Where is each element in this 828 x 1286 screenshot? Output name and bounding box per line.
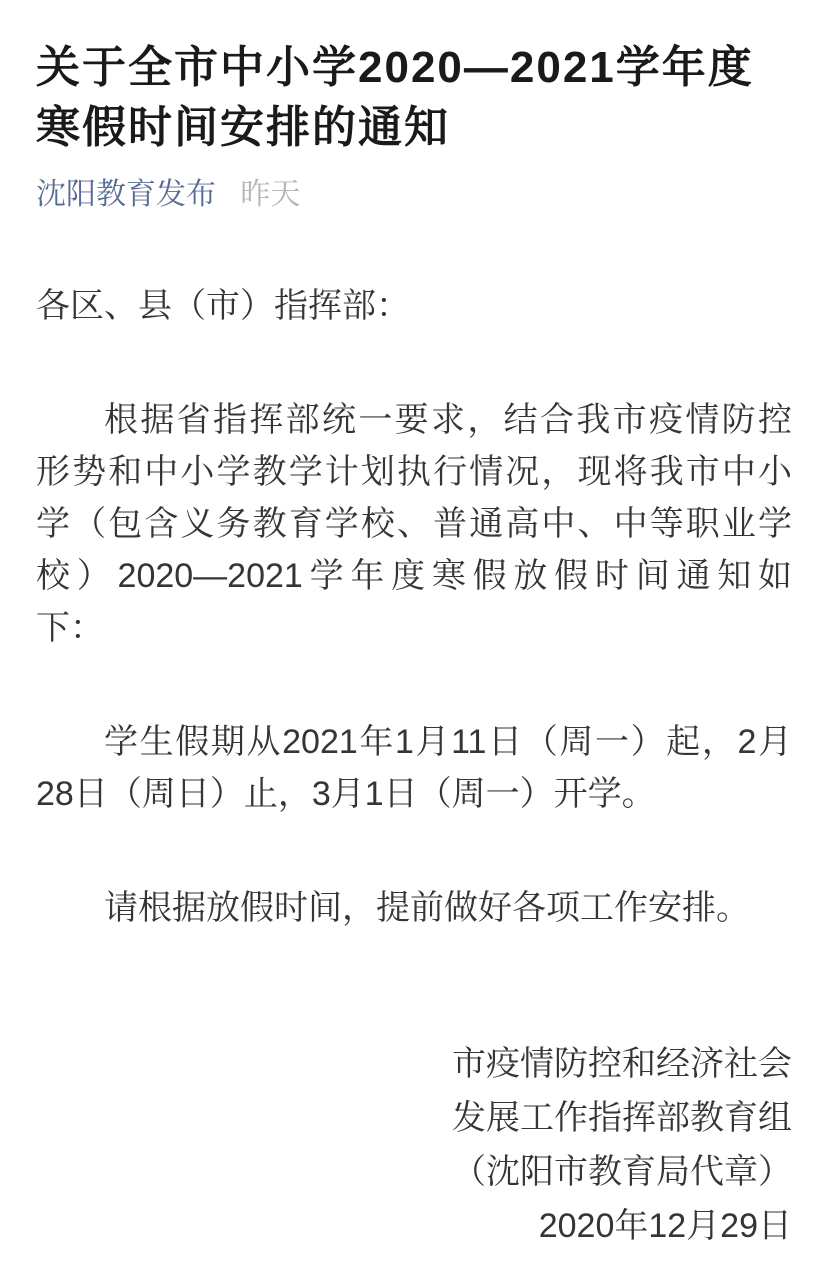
signature-date: 2020年12月29日 <box>36 1199 792 1253</box>
byline: 沈阳教育发布 昨天 <box>36 174 792 216</box>
paragraph-2: 学生假期从2021年1月11日（周一）起，2月 28日（周日）止，3月1日（周一… <box>36 716 792 820</box>
text-line: 校）2020—2021学年度寒假放假时间通知如 <box>36 550 792 602</box>
salutation-line: 各区、县（市）指挥部： <box>36 280 792 332</box>
author-link[interactable]: 沈阳教育发布 <box>36 178 216 211</box>
article-page: 关于全市中小学2020—2021学年度寒假时间安排的通知 沈阳教育发布 昨天 各… <box>0 0 828 1286</box>
text-line: 学生假期从2021年1月11日（周一）起，2月 <box>36 716 792 768</box>
paragraph-3: 请根据放假时间，提前做好各项工作安排。 <box>36 882 792 934</box>
article-title: 关于全市中小学2020—2021学年度寒假时间安排的通知 <box>36 38 792 158</box>
text-line: 下： <box>36 602 792 654</box>
text-line: 根据省指挥部统一要求，结合我市疫情防控 <box>36 394 792 446</box>
article-content: 各区、县（市）指挥部： 根据省指挥部统一要求，结合我市疫情防控 形势和中小学教学… <box>36 280 792 1253</box>
signature-line: 发展工作指挥部教育组 <box>36 1091 792 1145</box>
paragraph-1: 根据省指挥部统一要求，结合我市疫情防控 形势和中小学教学计划执行情况，现将我市中… <box>36 394 792 654</box>
signature-line: （沈阳市教育局代章） <box>36 1145 792 1199</box>
text-line: 学（包含义务教育学校、普通高中、中等职业学 <box>36 498 792 550</box>
publish-time: 昨天 <box>240 178 300 211</box>
text-line: 28日（周日）止，3月1日（周一）开学。 <box>36 768 792 820</box>
signature-line: 市疫情防控和经济社会 <box>36 1037 792 1091</box>
text-line: 请根据放假时间，提前做好各项工作安排。 <box>36 882 792 934</box>
signature-block: 市疫情防控和经济社会 发展工作指挥部教育组 （沈阳市教育局代章） 2020年12… <box>36 1037 792 1253</box>
text-line: 形势和中小学教学计划执行情况，现将我市中小 <box>36 446 792 498</box>
